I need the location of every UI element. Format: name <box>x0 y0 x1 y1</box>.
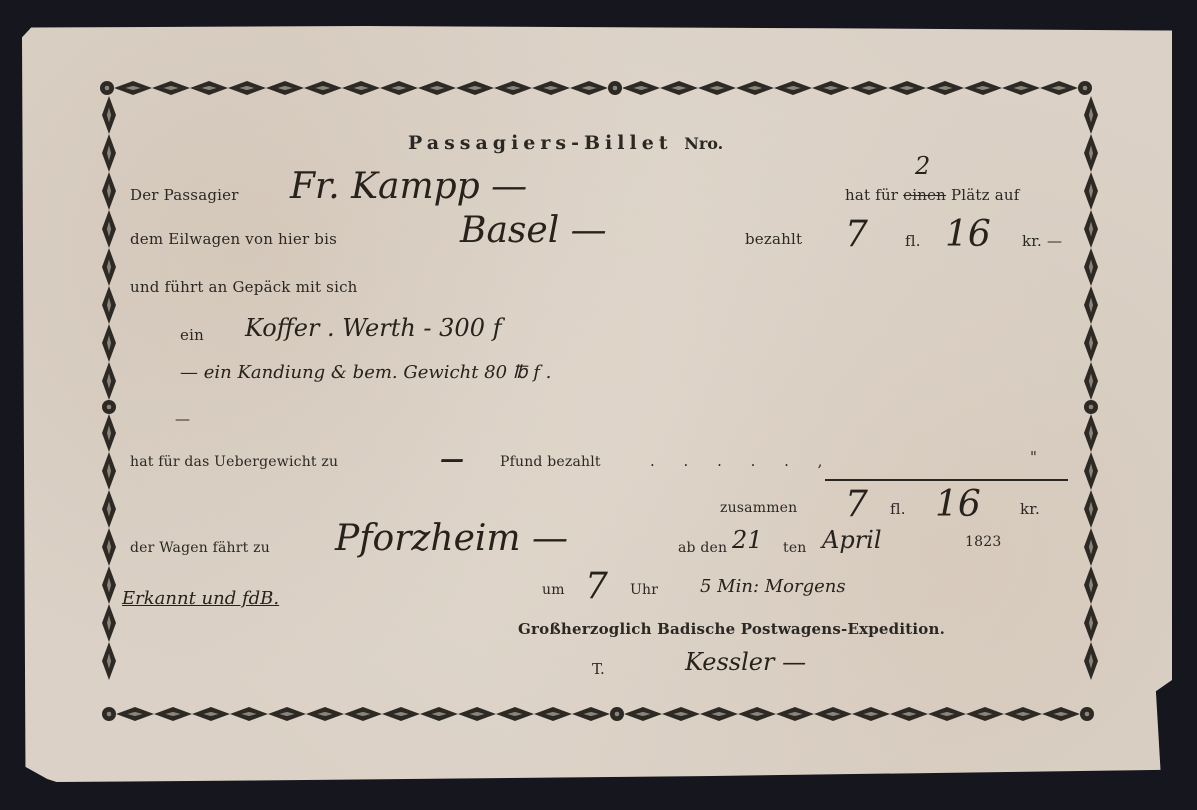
fare-florin-unit: fl. <box>905 232 921 250</box>
ticket-number-label: Nro. <box>684 134 723 153</box>
total-florin-unit: fl. <box>890 500 906 518</box>
passenger-label: Der Passagier <box>130 186 239 204</box>
pounds-paid-label: Pfund bezahlt <box>500 454 601 470</box>
left-note: Erkannt und fdB. <box>122 588 279 609</box>
departure-year: 1823 <box>965 534 1001 550</box>
paid-label: bezahlt <box>745 230 802 248</box>
luggage-item-1: Koffer . Werth - 300 f <box>245 314 501 342</box>
departure-minutes: 5 Min: Morgens <box>700 576 846 597</box>
day-suffix: ten <box>783 540 807 556</box>
route-label: dem Eilwagen von hier bis <box>130 230 337 248</box>
seats-struck-word: einen <box>903 186 946 204</box>
overweight-amount-mark: " <box>1030 448 1037 466</box>
seats-clause: hat für einen Plätz auf <box>845 186 1020 204</box>
seats-suffix: Plätz auf <box>951 186 1020 204</box>
time-prefix: um <box>542 582 565 598</box>
border-right-ornament <box>1083 96 1099 706</box>
fare-florins: 7 <box>845 214 868 255</box>
fare-kreuzer: 16 <box>945 214 991 255</box>
total-florins: 7 <box>845 484 868 525</box>
total-kreuzer-unit: kr. <box>1020 500 1040 518</box>
border-bottom-ornament <box>102 706 1092 722</box>
seats-prefix: hat für <box>845 186 898 204</box>
blank-line-dash: — <box>175 410 190 428</box>
ticket-title: Passagiers-Billet Nro. <box>408 132 723 154</box>
border-left-ornament <box>101 96 117 706</box>
total-rule <box>825 479 1068 481</box>
total-label: zusammen <box>720 500 797 516</box>
seats-count: 2 <box>915 152 930 180</box>
departure-day: 21 <box>732 526 763 554</box>
luggage-prefix: ein <box>180 326 204 344</box>
departure-hour: 7 <box>585 566 608 607</box>
overweight-label: hat für das Uebergewicht zu <box>130 454 338 470</box>
issuer-initial: T. <box>592 660 605 678</box>
passenger-name: Fr. Kampp — <box>290 166 527 207</box>
overweight-pounds: — <box>440 444 464 473</box>
border-top-ornament <box>100 80 1098 96</box>
issuer-name: Großherzoglich Badische Postwagens-Exped… <box>518 620 945 638</box>
title-text: Passagiers-Billet <box>408 132 673 154</box>
overweight-dots: . . . . . , <box>650 452 834 470</box>
departure-place: Pforzheim — <box>335 518 568 559</box>
clerk-signature: Kessler — <box>685 648 806 676</box>
luggage-label: und führt an Gepäck mit sich <box>130 278 358 296</box>
fare-kreuzer-unit: kr. — <box>1022 232 1062 250</box>
destination: Basel — <box>460 210 607 251</box>
departure-month: April <box>822 526 882 554</box>
luggage-item-2: — ein Kandiung & bem. Gewicht 80 ℔ f . <box>180 362 551 383</box>
hour-label: Uhr <box>630 582 658 598</box>
total-kreuzer: 16 <box>935 484 981 525</box>
departure-label: der Wagen fährt zu <box>130 540 270 556</box>
date-prefix: ab den <box>678 540 727 556</box>
